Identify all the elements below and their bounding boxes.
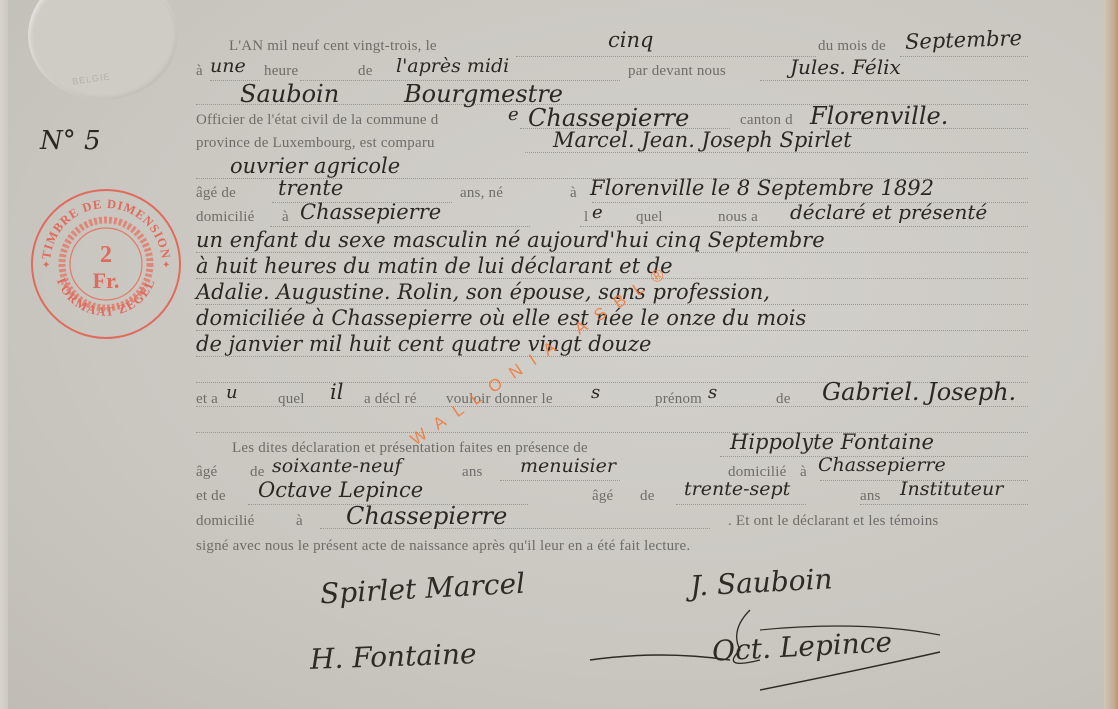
svg-text:✦: ✦ — [162, 260, 170, 271]
handwritten-body-line-2: à huit heures du matin de lui déclarant … — [196, 254, 673, 278]
handwritten-body-line-3: Adalie. Augustine. Rolin, son épouse, sa… — [196, 280, 770, 304]
dotline — [196, 406, 1028, 407]
handwritten-residence: Chassepierre — [300, 200, 441, 224]
handwritten-birthplace: Florenville le 8 Septembre 1892 — [590, 176, 934, 200]
printed-age-label: âgé de — [196, 185, 236, 202]
printed-month-label: du mois de — [818, 38, 886, 55]
printed-residence-at: à — [282, 209, 289, 226]
handwritten-plural-1: s — [591, 382, 600, 403]
printed-born-at: à — [570, 185, 577, 202]
printed-signing-intro: . Et ont le déclarant et les témoins — [728, 513, 938, 530]
printed-born-label: ans, né — [460, 185, 503, 202]
printed-quel: quel — [636, 209, 663, 226]
dotline — [676, 504, 806, 505]
printed-et-de: et de — [196, 488, 226, 505]
printed-hour-prefix: à — [196, 63, 203, 80]
printed-domicile-3: domicilié — [196, 513, 254, 530]
printed-hour-label: heure — [264, 63, 298, 80]
dotline — [196, 252, 1028, 253]
printed-et-au: et a — [196, 391, 218, 408]
handwritten-witness1-residence: Chassepierre — [818, 454, 946, 476]
handwritten-officer-first-name: Jules. Félix — [790, 55, 901, 79]
handwritten-body-line-4: domiciliée à Chassepierre où elle est né… — [196, 306, 806, 330]
handwritten-profession: ouvrier agricole — [230, 154, 400, 178]
printed-de-2: de — [776, 391, 791, 408]
printed-residence-label: domicilié — [196, 209, 254, 226]
printed-age-2: âgé — [196, 464, 217, 481]
printed-at-3: à — [296, 513, 303, 530]
dotline — [860, 504, 1028, 505]
svg-text:✦: ✦ — [42, 260, 50, 271]
handwritten-witness2-job: Instituteur — [900, 478, 1003, 500]
printed-officer-commune: Officier de l'état civil de la commune d — [196, 112, 438, 129]
handwritten-month: Septembre — [905, 26, 1023, 54]
handwritten-declarant-name: Marcel. Jean. Joseph Spirlet — [553, 128, 852, 152]
printed-at-2: à — [800, 464, 807, 481]
handwritten-witness2-residence: Chassepierre — [346, 502, 507, 530]
page-left-edge — [0, 0, 8, 709]
printed-canton-label: canton d — [740, 112, 793, 129]
printed-closing-line: signé avec nous le présent acte de naiss… — [196, 538, 690, 555]
printed-age-3: âgé — [592, 488, 613, 505]
dotline — [900, 56, 1028, 57]
handwritten-witness1-name: Hippolyte Fontaine — [730, 430, 934, 454]
handwritten-canton: Florenville. — [810, 102, 948, 130]
dotline — [760, 80, 1028, 81]
dotline — [525, 152, 1028, 153]
handwritten-officer-last-name: Sauboin — [240, 80, 339, 108]
printed-le: l — [584, 209, 588, 226]
handwritten-witness1-job: menuisier — [520, 455, 616, 477]
dotline — [196, 278, 1028, 279]
printed-ans: ans — [462, 464, 483, 481]
dotline — [580, 226, 1028, 227]
handwritten-declared: déclaré et présenté — [790, 200, 987, 224]
handwritten-hour: une — [210, 55, 246, 77]
handwritten-witness2-name: Octave Lepince — [258, 478, 423, 502]
handwritten-child-names: Gabriel. Joseph. — [822, 378, 1016, 406]
dotline — [270, 226, 530, 227]
handwritten-witness2-age: trente-sept — [684, 478, 790, 500]
printed-prenom: prénom — [655, 391, 702, 408]
dotline — [516, 56, 816, 57]
fiscal-stamp-icon: TIMBRE DE DIMENSION FORMAAT ZEGEL 2 Fr. … — [28, 186, 184, 342]
handwritten-commune-suffix: e — [508, 104, 519, 125]
dotline — [196, 330, 1028, 331]
handwritten-witness1-age: soixante-neuf — [272, 455, 402, 477]
printed-declared: a décl ré — [364, 391, 417, 408]
printed-nous-a: nous a — [718, 209, 758, 226]
stamp-unit: Fr. — [93, 268, 120, 293]
dotline — [500, 480, 620, 481]
printed-quel-2: quel — [278, 391, 305, 408]
handwritten-age: trente — [278, 176, 343, 200]
handwritten-afternoon: l'après midi — [396, 55, 509, 77]
dotline — [196, 356, 1028, 357]
signature-witness1: H. Fontaine — [309, 637, 477, 676]
handwritten-plural-2: s — [708, 382, 717, 403]
signature-flourish-icon — [560, 600, 980, 700]
handwritten-le-suffix: e — [592, 202, 603, 223]
handwritten-body-line-1: un enfant du sexe masculin né aujourd'hu… — [196, 228, 825, 252]
printed-de-4: de — [640, 488, 655, 505]
handwritten-au-suffix: u — [226, 382, 238, 403]
stamp-value: 2 — [100, 242, 112, 268]
printed-before-us: par devant nous — [628, 63, 726, 80]
printed-ans-2: ans — [860, 488, 881, 505]
printed-de: de — [358, 63, 373, 80]
act-number: N° 5 — [40, 126, 101, 156]
handwritten-day: cinq — [608, 28, 653, 52]
handwritten-pronoun: il — [330, 380, 343, 404]
page-right-edge — [1104, 0, 1118, 709]
printed-year-line: L'AN mil neuf cent vingt-trois, le — [229, 38, 437, 55]
printed-province-line: province de Luxembourg, est comparu — [196, 135, 435, 152]
